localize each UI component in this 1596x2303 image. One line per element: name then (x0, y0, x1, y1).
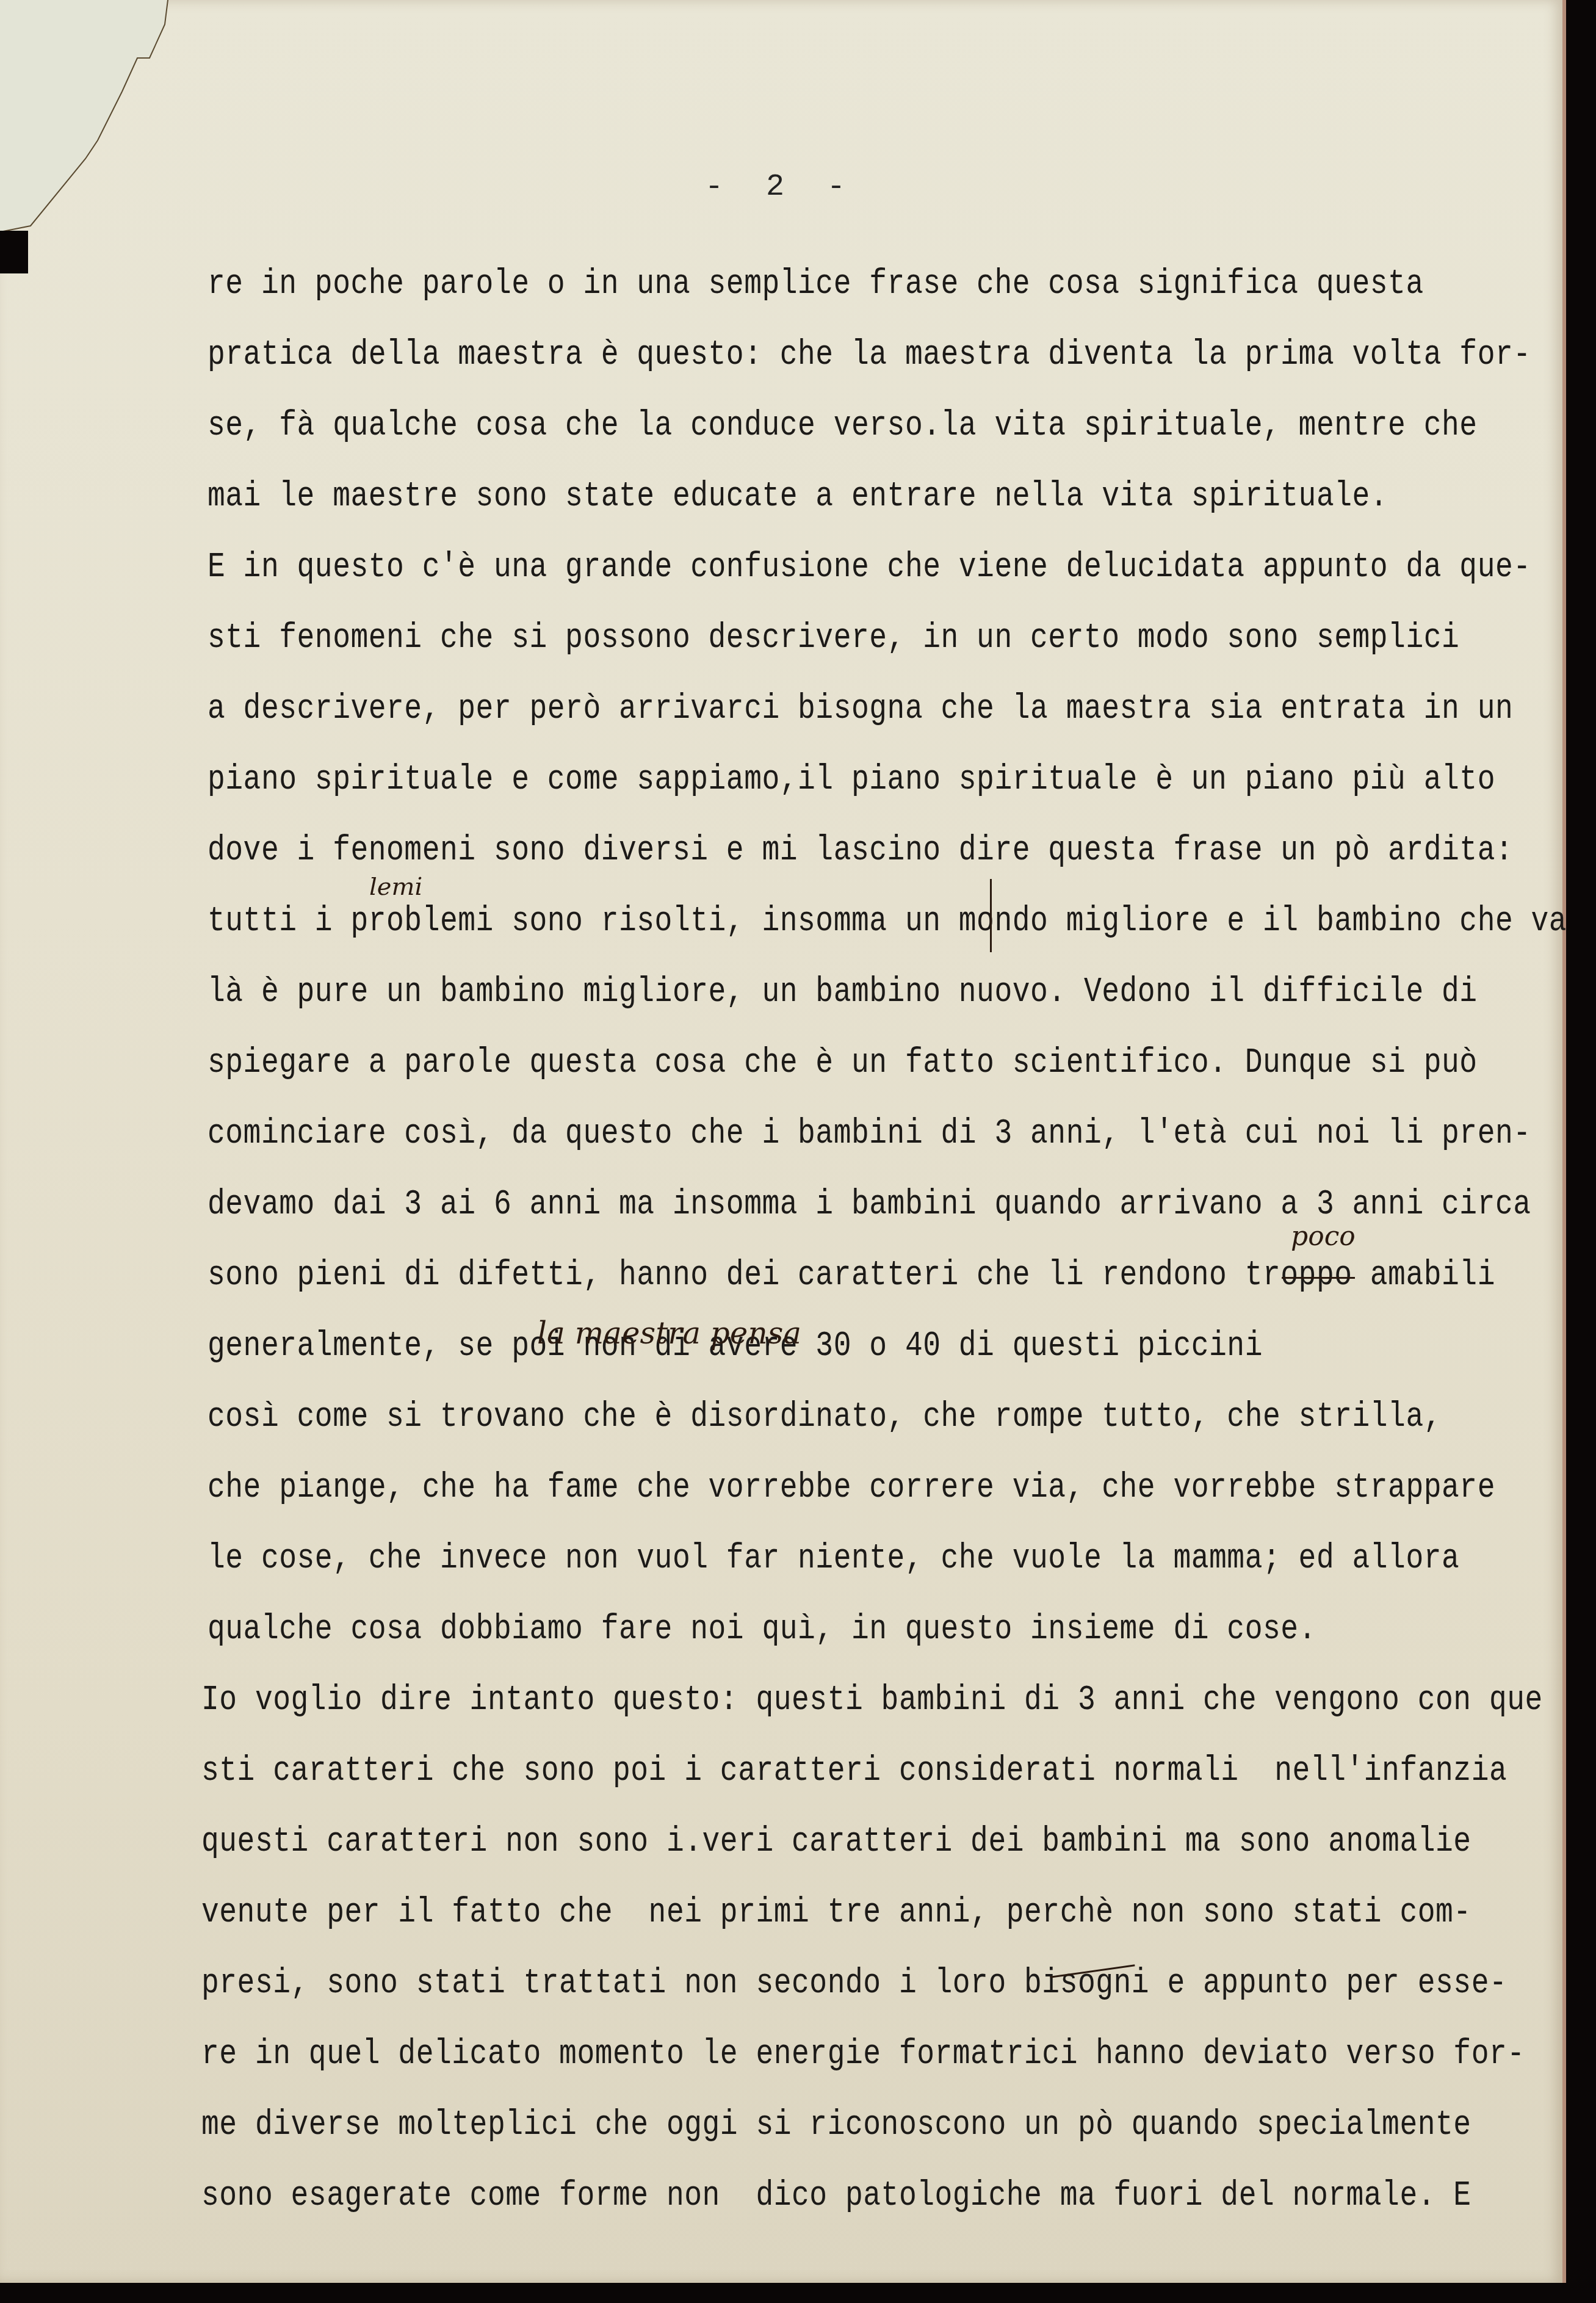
document-page: - 2 - re in poche parole o in una sempli… (0, 0, 1566, 2283)
strikethrough-troppo (1282, 1277, 1355, 1279)
page-number: - 2 - (0, 170, 1562, 204)
typed-text-body: re in poche parole o in una semplice fra… (208, 262, 1562, 2245)
handwritten-la-maestra-pensa: la maestra pensa (537, 1315, 801, 1351)
text-line: sono esagerate come forme non dico patol… (201, 2174, 1562, 2259)
insertion-mark (990, 879, 992, 952)
handwritten-correction-lemi: lemi (369, 873, 422, 901)
background-gap (0, 231, 28, 273)
handwritten-poco: poco (1291, 1221, 1356, 1252)
